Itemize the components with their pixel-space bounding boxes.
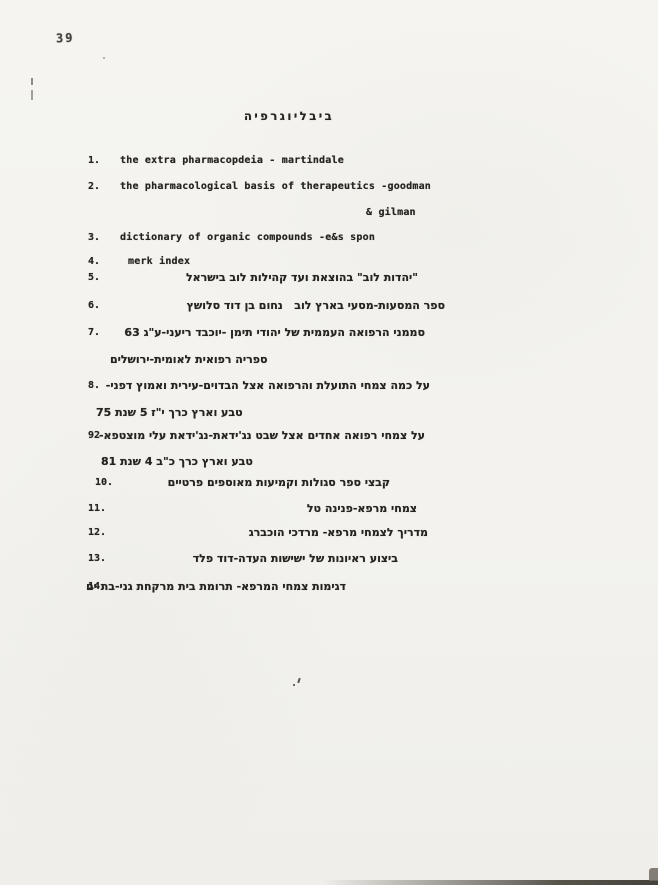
bib-item-1-number: 1. bbox=[88, 155, 100, 166]
bib-item-2-number: 2. bbox=[88, 181, 100, 192]
scan-artifact-bottom-edge bbox=[323, 880, 658, 885]
bib-item-2-text: the pharmacological basis of therapeutic… bbox=[120, 181, 431, 192]
scanned-page: 39 ביבליוגרפיה 1. the extra pharmacopdei… bbox=[0, 0, 658, 885]
bib-item-8-text: על כמה צמחי התועלת והרפואה אצל הבדוים-עי… bbox=[114, 379, 430, 392]
bib-item-7-text: סממני הרפואה העממית של יהודי תימן -יוכבד… bbox=[118, 326, 425, 339]
bib-item-10-text: קבצי ספר סגולות וקמיעות מאוספים פרטיים bbox=[122, 476, 390, 489]
bib-item-10-number: 10. bbox=[95, 477, 113, 488]
bib-item-3-number: 3. bbox=[88, 232, 100, 243]
bib-item-4-number: 4. bbox=[88, 256, 100, 267]
bib-item-13-number: 13. bbox=[88, 553, 106, 564]
bib-item-5-text: "יהדות לוב" בהוצאת ועד קהילות לוב בישראל bbox=[120, 271, 418, 284]
bib-item-5-number: 5. bbox=[88, 272, 100, 283]
page-title: ביבליוגרפיה bbox=[244, 109, 334, 123]
bib-item-7-number: 7. bbox=[88, 327, 100, 338]
bib-item-11-text: צמחי מרפא-פנינה טל bbox=[122, 502, 417, 515]
bib-item-2-continuation: & gilman bbox=[366, 207, 416, 218]
bib-item-3-text: dictionary of organic compounds -e&s spo… bbox=[120, 232, 375, 243]
bib-item-6-text: ספר המסעות-מסעי בארץ לוב נחום בן דוד סלו… bbox=[112, 299, 445, 312]
scan-artifact-margin-tick-2 bbox=[31, 90, 33, 100]
bib-item-12-text: מדריך לצמחי מרפא- מרדכי הוכברג bbox=[122, 526, 428, 539]
bib-item-8-number: 8. bbox=[88, 380, 100, 391]
bib-item-14-text: דגימות צמחי המרפא- תרומת בית מרקחת גני-ב… bbox=[112, 580, 346, 593]
scan-artifact-corner-mark bbox=[649, 868, 658, 881]
bib-item-11-number: 11. bbox=[88, 503, 106, 514]
bib-item-9-continuation: טבע וארץ כרך כ"ב 4 שנת 81 bbox=[101, 455, 253, 468]
bib-item-7-continuation: ספריה רפואית לאומית-ירושלים bbox=[110, 353, 267, 366]
scan-artifact-speck-3 bbox=[103, 57, 105, 59]
bib-item-9-text: על צמחי רפואה אחדים אצל שבט נג'ידאת-נג'י… bbox=[114, 429, 425, 442]
scan-artifact-speck bbox=[297, 678, 300, 683]
page-number: 39 bbox=[56, 31, 75, 46]
bib-item-4-text: merk index bbox=[128, 256, 190, 267]
bib-item-12-number: 12. bbox=[88, 527, 106, 538]
scan-artifact-speck-2 bbox=[293, 684, 295, 686]
bib-item-1-text: the extra pharmacopdeia - martindale bbox=[120, 155, 344, 166]
bib-item-6-number: 6. bbox=[88, 300, 100, 311]
bib-item-8-continuation: טבע וארץ כרך י"ז 5 שנת 75 bbox=[96, 406, 243, 419]
scan-artifact-margin-tick bbox=[31, 78, 33, 85]
bib-item-13-text: ביצוע ראיונות של ישישות העדה-דוד פלד bbox=[122, 552, 398, 565]
